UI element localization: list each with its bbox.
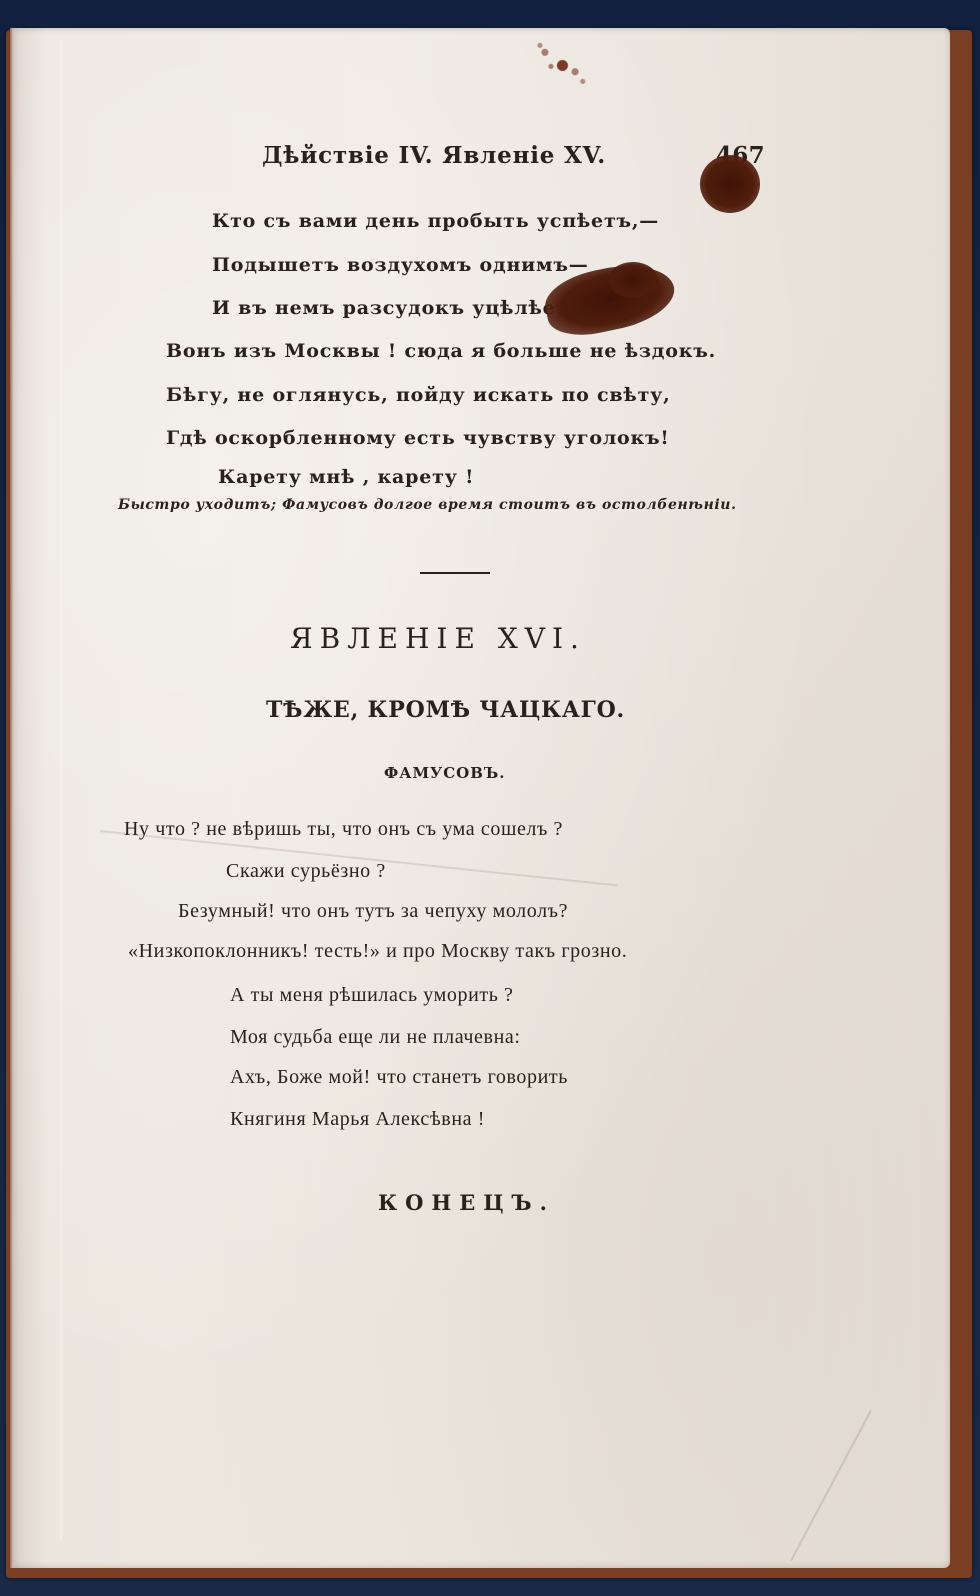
page-gutter (10, 28, 13, 1568)
speech-line: Ахъ, Боже мой! что станетъ говорить (230, 1066, 568, 1089)
verse-line: Подышетъ воздухомъ однимъ— (212, 254, 589, 276)
ink-stain (700, 155, 760, 213)
speech-line: Княгиня Марья Алексѣвна ! (230, 1108, 485, 1131)
ink-stain (608, 262, 658, 298)
speech-line: «Низкопоклонникъ! тесть!» и про Москву т… (128, 940, 627, 963)
the-end-label: КОНЕЦЪ. (378, 1190, 555, 1215)
verse-line: И въ немъ разсудокъ уцѣлѣетъ. (212, 297, 591, 319)
verse-line: Гдѣ оскорбленному есть чувству уголокъ! (166, 427, 670, 449)
page-crease (60, 40, 62, 1540)
speech-line: А ты меня рѣшилась уморить ? (230, 984, 514, 1007)
speech-line: Безумный! что онъ тутъ за чепуху мололъ? (178, 900, 568, 923)
stage-direction: Быстро уходитъ; Фамусовъ долгое время ст… (118, 497, 737, 513)
photo-scene: Дѣйствіе IV. Явленіе XV. 467 Кто съ вами… (0, 0, 980, 1596)
speaker-name: ФАМУСОВЪ. (384, 764, 505, 782)
verse-line: Бѣгу, не оглянусь, пойду искать по свѣту… (166, 384, 671, 406)
speech-line: Моя судьба еще ли не плачевна: (230, 1026, 521, 1049)
verse-line: Вонъ изъ Москвы ! сюда я больше не ѣздок… (166, 340, 716, 362)
verse-line: Кто съ вами день пробыть успѣетъ,— (212, 210, 659, 232)
speech-line: Ну что ? не вѣришь ты, что онъ съ ума со… (124, 818, 563, 841)
scene-subtitle: ТѢЖЕ, КРОМѢ ЧАЦКАГО. (266, 697, 625, 723)
verse-line: Карету мнѣ , карету ! (218, 466, 474, 488)
scene-title: ЯВЛЕНІЕ XVI. (290, 622, 586, 655)
section-divider (420, 572, 490, 574)
running-header: Дѣйствіе IV. Явленіе XV. (262, 142, 606, 169)
speech-line: Скажи сурьёзно ? (226, 860, 386, 883)
